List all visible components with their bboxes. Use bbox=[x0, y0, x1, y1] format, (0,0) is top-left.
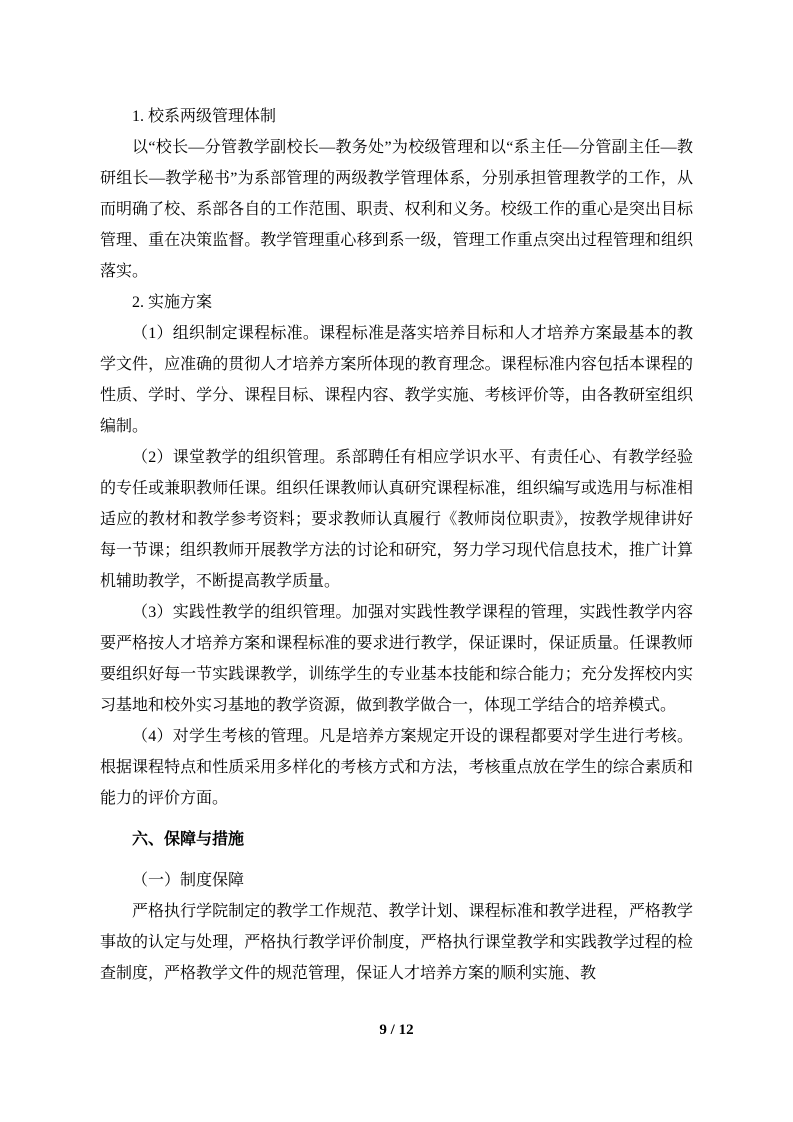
document-page: 1. 校系两级管理体制 以“校长—分管教学副校长—教务处”为校级管理和以“系主任… bbox=[0, 0, 793, 1122]
body-paragraph-classroom-teaching: （2）课堂教学的组织管理。系部聘任有相应学识水平、有责任心、有教学经验的专任或兼… bbox=[100, 442, 693, 597]
numbered-item-heading-1: 1. 校系两级管理体制 bbox=[100, 101, 693, 132]
section-heading-guarantee-measures: 六、保障与措施 bbox=[100, 824, 693, 855]
body-paragraph-strict-execution: 严格执行学院制定的教学工作规范、教学计划、课程标准和教学进程，严格教学事故的认定… bbox=[100, 896, 693, 989]
subsection-heading-system-guarantee: （一）制度保障 bbox=[100, 865, 693, 896]
body-paragraph-student-assessment: （4）对学生考核的管理。凡是培养方案规定开设的课程都要对学生进行考核。根据课程特… bbox=[100, 721, 693, 814]
numbered-item-heading-2: 2. 实施方案 bbox=[100, 287, 693, 318]
body-paragraph-practical-teaching: （3）实践性教学的组织管理。加强对实践性教学课程的管理，实践性教学内容要严格按人… bbox=[100, 597, 693, 721]
body-paragraph-management-system: 以“校长—分管教学副校长—教务处”为校级管理和以“系主任—分管副主任—教研组长—… bbox=[100, 132, 693, 287]
page-number-indicator: 9 / 12 bbox=[0, 1021, 793, 1039]
document-body: 1. 校系两级管理体制 以“校长—分管教学副校长—教务处”为校级管理和以“系主任… bbox=[100, 101, 693, 989]
body-paragraph-course-standards: （1）组织制定课程标准。课程标准是落实培养目标和人才培养方案最基本的教学文件，应… bbox=[100, 318, 693, 442]
